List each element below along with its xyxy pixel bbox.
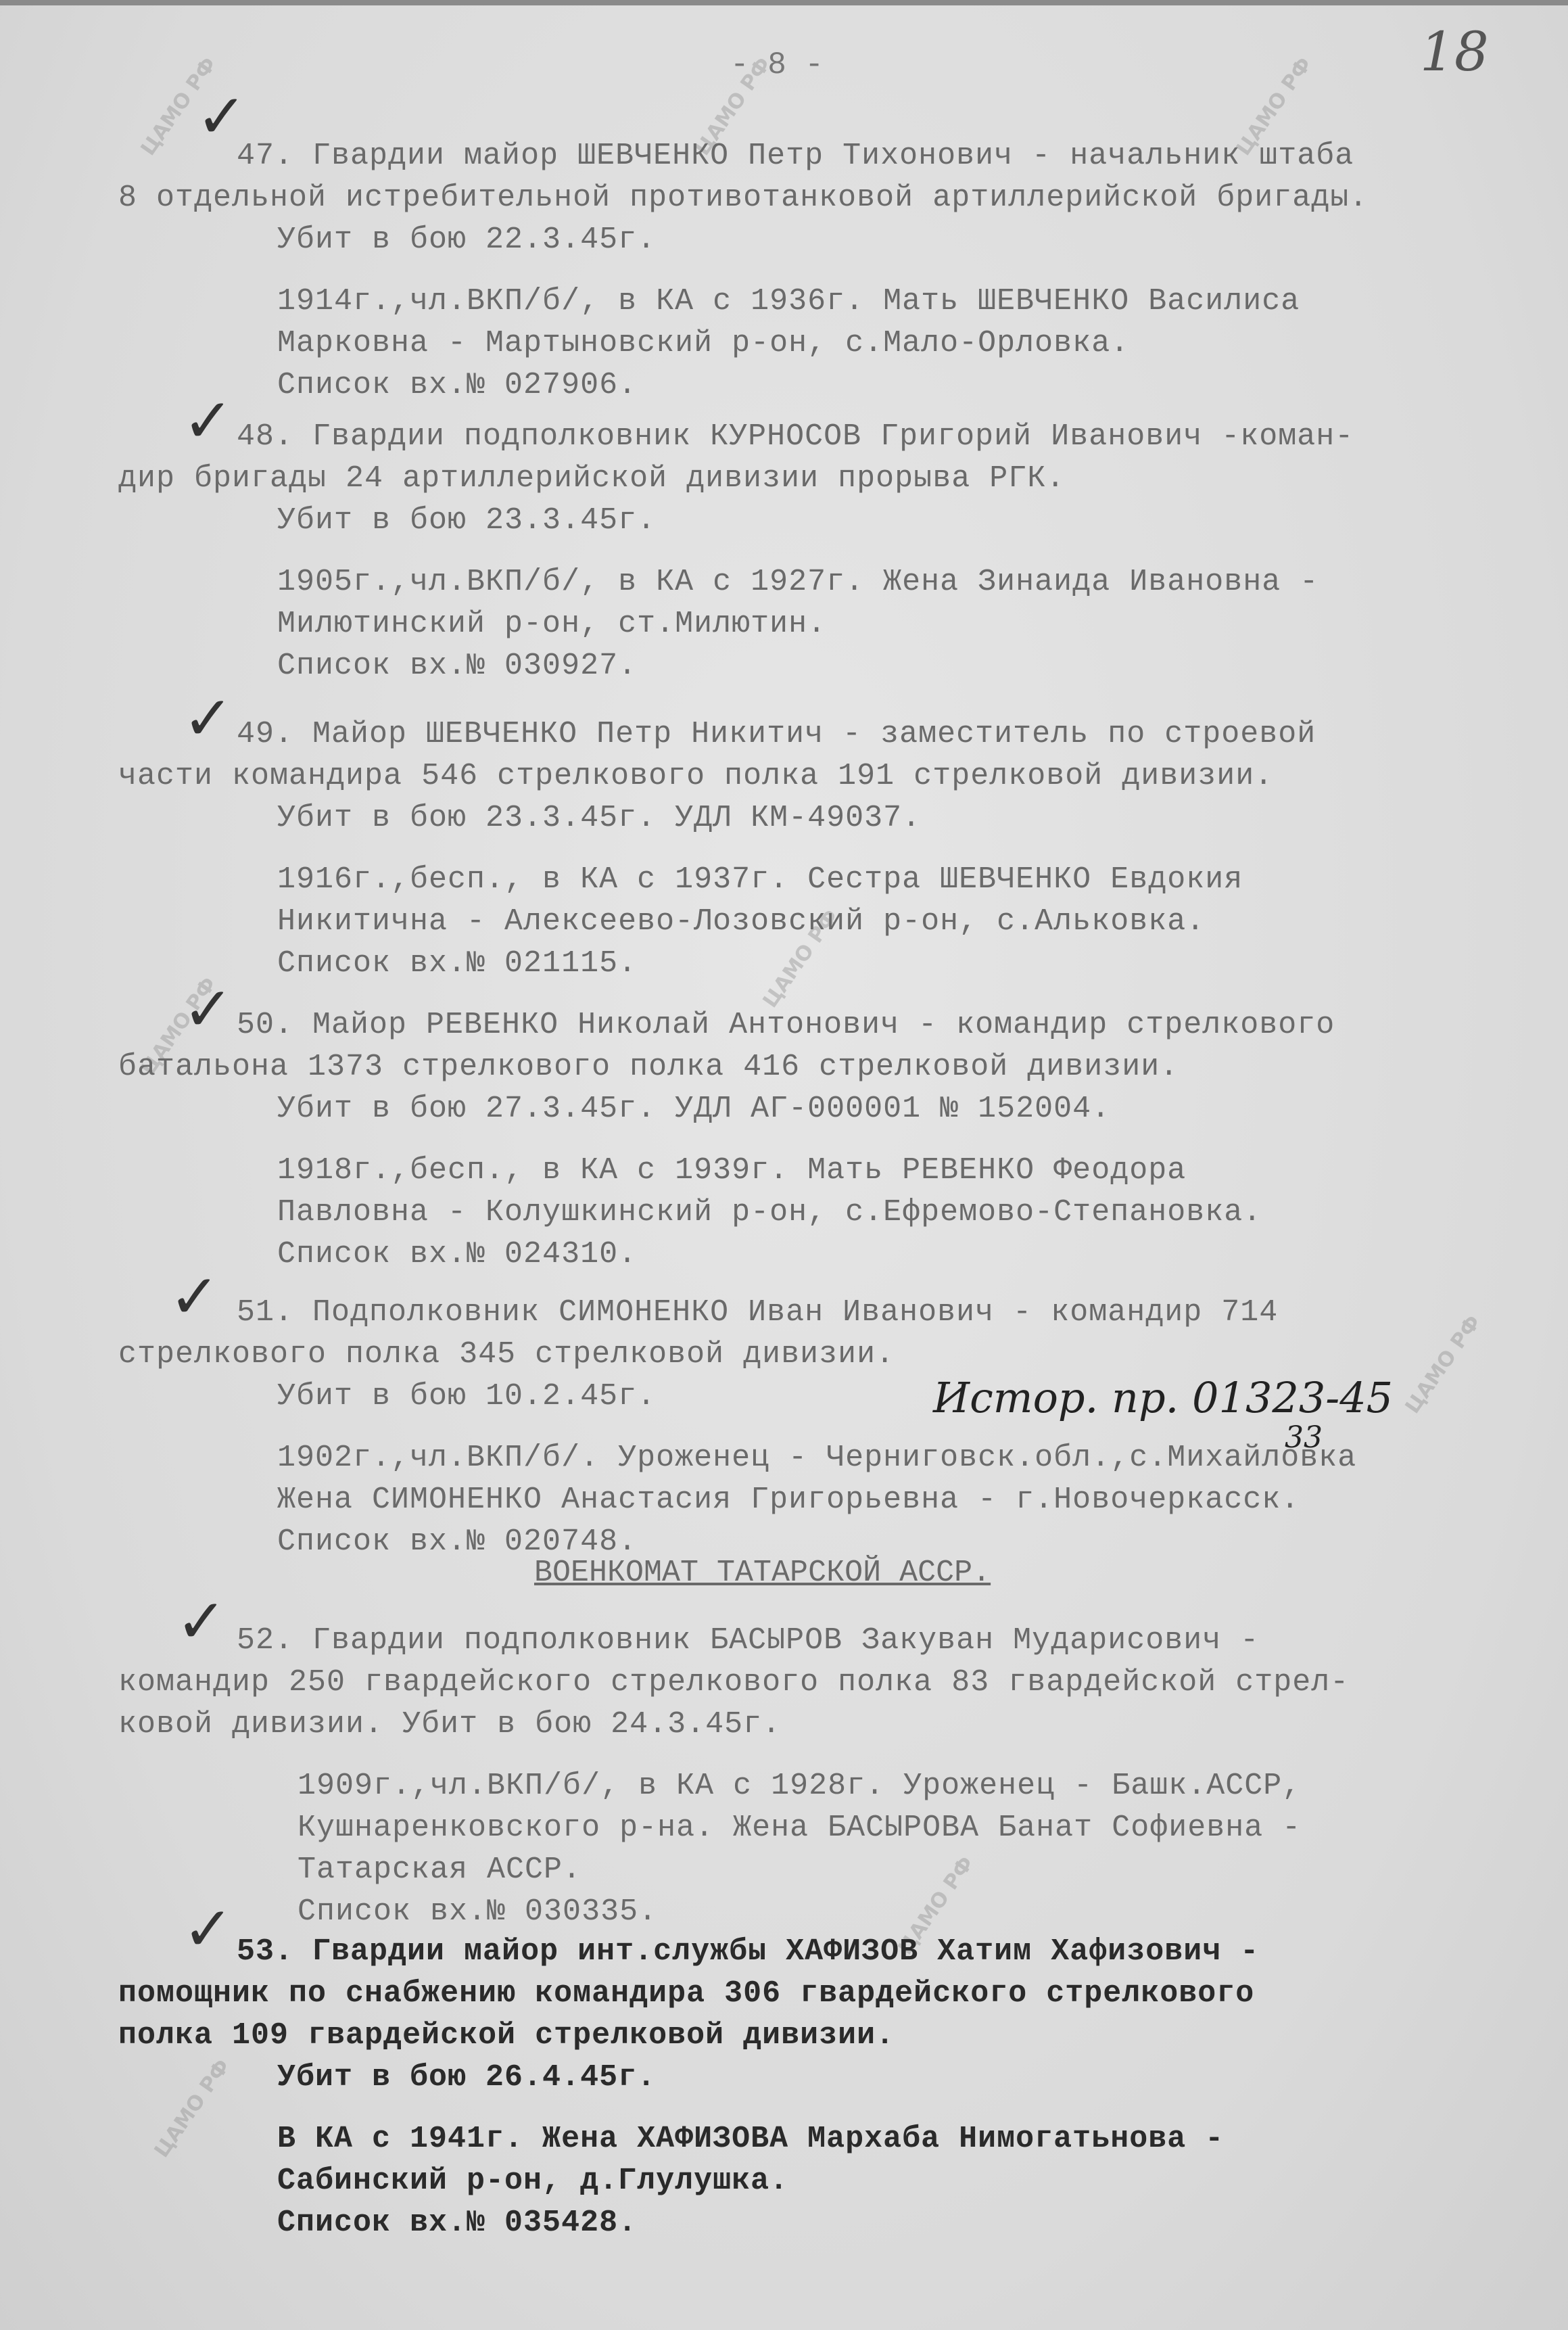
entry-line: Татарская АССР. [298,1853,581,1887]
checkmark-icon: ✓ [183,974,233,1045]
checkmark-icon: ✓ [183,683,233,754]
entry-line: 47. Гвардии майор ШЕВЧЕНКО Петр Тихонови… [237,139,1354,173]
handwritten-note: Иcтор. пр. 01323-45 [933,1373,1393,1422]
entry-line: Убит в бою 27.3.45г. УДЛ АГ-000001 № 152… [277,1092,1110,1126]
checkmark-icon: ✓ [176,1586,227,1657]
entry-line: 1909г.,чл.ВКП/б/, в КА с 1928г. Уроженец… [298,1769,1301,1803]
checkmark-icon: ✓ [183,386,233,457]
entry-line: Убит в бою 10.2.45г. [277,1379,656,1414]
entry-line: 1905г.,чл.ВКП/б/, в КА с 1927г. Жена Зин… [277,565,1318,599]
watermark: ЦАМО РФ [150,2055,235,2162]
entry-line: Сабинский р-он, д.Глулушка. [277,2164,788,2198]
watermark: ЦАМО РФ [1401,1311,1486,1418]
entry-line: стрелкового полка 345 стрелковой дивизии… [118,1337,895,1372]
entry-line: командир 250 гвардейского стрелкового по… [118,1665,1349,1700]
handwritten-note-sub: 33 [1285,1420,1323,1455]
entry-line: Павловна - Колушкинский р-он, с.Ефремово… [277,1195,1262,1230]
entry-line: Список вх.№ 030335. [298,1894,657,1929]
entry-line: Список вх.№ 035428. [277,2206,637,2240]
entry-line: Кушнаренковского р-на. Жена БАСЫРОВА Бан… [298,1811,1301,1845]
page-number: - 8 - [730,47,824,83]
entry-line: 1916г.,бесп., в КА с 1937г. Сестра ШЕВЧЕ… [277,862,1243,897]
entry-line: Список вх.№ 021115. [277,946,637,981]
entry-line: полка 109 гвардейской стрелковой дивизии… [118,2018,895,2053]
entry-line: 48. Гвардии подполковник КУРНОСОВ Григор… [237,419,1354,454]
entry-line: ковой дивизии. Убит в бою 24.3.45г. [118,1707,781,1742]
section-heading: ВОЕНКОМАТ ТАТАРСКОЙ АССР. [534,1556,991,1590]
entry-line: Марковна - Мартыновский р-он, с.Мало-Орл… [277,326,1129,360]
entry-line: 1918г.,бесп., в КА с 1939г. Мать РЕВЕНКО… [277,1153,1186,1188]
entry-line: Убит в бою 23.3.45г. УДЛ КМ-49037. [277,801,921,835]
entry-line: Список вх.№ 024310. [277,1237,637,1272]
entry-line: Список вх.№ 027906. [277,368,637,402]
sheet-number: 18 [1420,20,1489,83]
entry-line: 53. Гвардии майор инт.службы ХАФИЗОВ Хат… [237,1934,1259,1969]
entry-line: 8 отдельной истребительной противотанков… [118,181,1368,215]
checkmark-icon: ✓ [169,1261,220,1332]
checkmark-icon: ✓ [196,81,247,152]
entry-line: помощник по снабжению командира 306 гвар… [118,1976,1254,2011]
entry-line: 52. Гвардии подполковник БАСЫРОВ Закуван… [237,1623,1259,1658]
entry-line: Никитична - Алексеево-Лозовский р-он, с.… [277,904,1205,939]
entry-line: 1902г.,чл.ВКП/б/. Уроженец - Черниговск.… [277,1441,1356,1475]
document-page: ЦАМО РФ ЦАМО РФ ЦАМО РФ ЦАМО РФ ЦАМО РФ … [0,0,1568,2330]
entry-line: дир бригады 24 артиллерийской дивизии пр… [118,461,1065,496]
entry-line: 1914г.,чл.ВКП/б/, в КА с 1936г. Мать ШЕВ… [277,284,1300,319]
entry-line: Убит в бою 22.3.45г. [277,223,656,257]
checkmark-icon: ✓ [183,1894,233,1965]
entry-line: Жена СИМОНЕНКО Анастасия Григорьевна - г… [277,1483,1300,1517]
entry-line: 49. Майор ШЕВЧЕНКО Петр Никитич - замест… [237,717,1316,751]
entry-line: части командира 546 стрелкового полка 19… [118,759,1273,793]
entry-line: батальона 1373 стрелкового полка 416 стр… [118,1050,1179,1084]
entry-line: 50. Майор РЕВЕНКО Николай Антонович - ко… [237,1008,1335,1042]
entry-line: В КА с 1941г. Жена ХАФИЗОВА Мархаба Нимо… [277,2122,1224,2156]
entry-line: Милютинский р-он, ст.Милютин. [277,607,826,641]
page-edge [0,0,1568,5]
entry-line: 51. Подполковник СИМОНЕНКО Иван Иванович… [237,1295,1278,1330]
entry-line: Список вх.№ 020748. [277,1524,637,1559]
entry-line: Список вх.№ 030927. [277,649,637,683]
entry-line: Убит в бою 23.3.45г. [277,503,656,538]
entry-line: Убит в бою 26.4.45г. [277,2060,656,2095]
